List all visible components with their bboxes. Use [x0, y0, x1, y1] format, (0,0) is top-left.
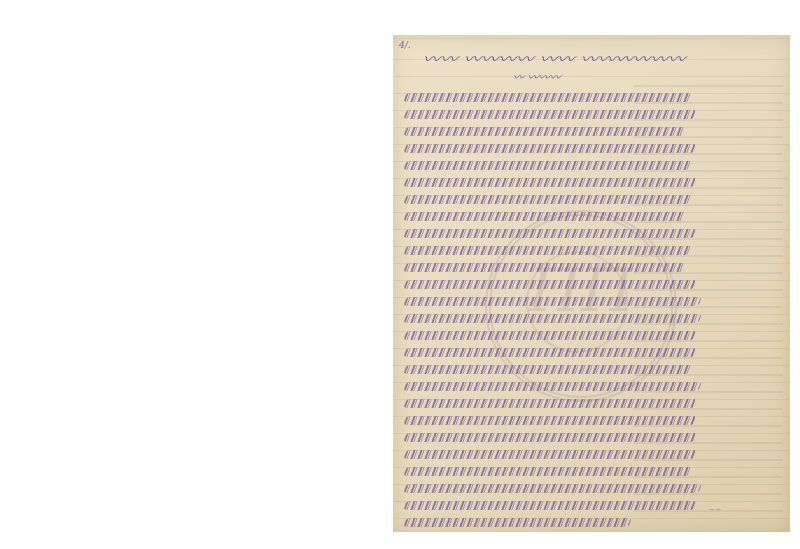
handwritten-line [405, 175, 705, 192]
handwritten-line [405, 311, 705, 328]
ink-stroke [403, 246, 691, 255]
handwritten-line [405, 379, 705, 396]
handwritten-line [405, 498, 705, 515]
handwritten-line [405, 294, 705, 311]
ink-stroke [403, 280, 696, 289]
handwritten-line [405, 141, 705, 158]
ink-stroke [403, 365, 691, 374]
ink-stroke [403, 161, 691, 170]
handwritten-line [405, 243, 705, 260]
manuscript-page: ΠΠ 4/. 〰〰 〰〰〰〰 〰〰 〰〰〰〰〰〰 〰 〰〰〰 ~∽ [393, 35, 790, 532]
ink-stroke [403, 144, 696, 153]
ink-stroke [403, 229, 696, 238]
handwritten-line [405, 481, 705, 498]
handwritten-line [405, 124, 705, 141]
ink-stroke [403, 178, 696, 187]
handwritten-line [405, 413, 705, 430]
page-number-mark: 4/. [399, 41, 411, 51]
ink-stroke [403, 501, 696, 510]
handwritten-line [405, 158, 705, 175]
pencil-note: ~∽ [708, 505, 721, 514]
ink-stroke [403, 93, 691, 102]
ink-stroke [403, 399, 696, 408]
ink-stroke [403, 212, 686, 221]
ink-stroke [403, 484, 701, 493]
handwritten-line [405, 192, 705, 209]
ink-stroke [403, 263, 686, 272]
ink-stroke [403, 467, 691, 476]
handwritten-line [405, 209, 705, 226]
ink-stroke [403, 348, 696, 357]
manuscript-title: 〰〰 〰〰〰〰 〰〰 〰〰〰〰〰〰 [420, 45, 688, 70]
handwritten-line [405, 345, 705, 362]
handwritten-line [405, 430, 705, 447]
ink-stroke [403, 382, 701, 391]
ink-stroke [403, 127, 686, 136]
handwritten-line [405, 464, 705, 481]
ink-stroke [403, 450, 696, 459]
handwritten-text-block [405, 90, 705, 532]
ink-stroke [403, 314, 701, 323]
handwritten-line [405, 396, 705, 413]
handwritten-line [405, 447, 705, 464]
ink-stroke [403, 195, 691, 204]
handwritten-line [405, 328, 705, 345]
handwritten-line [405, 260, 705, 277]
ink-stroke [403, 433, 696, 442]
handwritten-line [405, 226, 705, 243]
handwritten-line [405, 277, 705, 294]
handwritten-line [405, 107, 705, 124]
ink-stroke [403, 518, 631, 527]
handwritten-line [405, 362, 705, 379]
ink-stroke [403, 331, 696, 340]
handwritten-line [405, 515, 705, 532]
handwritten-line [405, 90, 705, 107]
ink-stroke [403, 110, 696, 119]
ink-stroke [403, 416, 696, 425]
ink-stroke [403, 297, 701, 306]
manuscript-subtitle: 〰 〰〰〰 [511, 69, 562, 85]
